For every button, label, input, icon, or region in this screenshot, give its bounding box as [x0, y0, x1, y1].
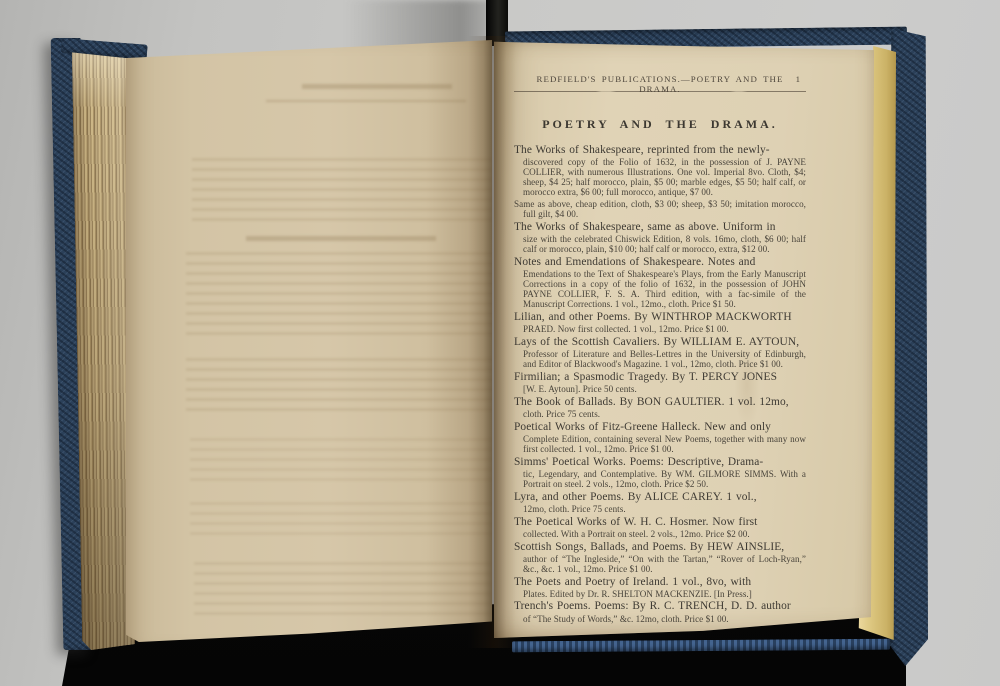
catalog-entry: Simms' Poetical Works. Poems: Descriptiv… [514, 456, 806, 489]
showthrough-paragraph [186, 252, 498, 338]
entry-title-line: Notes and Emendations of Shakespeare. No… [514, 256, 806, 269]
entry-title-line: The Poets and Poetry of Ireland. 1 vol.,… [514, 576, 806, 589]
entry-detail-text: tic, Legendary, and Contemplative. By WM… [514, 469, 806, 489]
entry-detail-text: collected. With a Portrait on steel. 2 v… [514, 529, 806, 539]
entry-title-line: The Poetical Works of W. H. C. Hosmer. N… [514, 516, 806, 529]
catalog-entry: Notes and Emendations of Shakespeare. No… [514, 256, 806, 310]
entry-title-line: Lilian, and other Poems. By WINTHROP MAC… [514, 311, 806, 324]
showthrough-paragraph [192, 158, 492, 222]
catalog-entry: Same as above, cheap edition, cloth, $3 … [514, 199, 806, 219]
catalog-entry: Trench's Poems. Poems: By R. C. TRENCH, … [514, 600, 806, 623]
book-photo-scene: REDFIELD'S PUBLICATIONS.—POETRY AND THE … [0, 0, 1000, 686]
showthrough-paragraph [190, 438, 494, 482]
header-rule [514, 91, 806, 92]
catalog-entry: The Poetical Works of W. H. C. Hosmer. N… [514, 516, 806, 539]
entry-title-line: The Works of Shakespeare, same as above.… [514, 221, 806, 234]
entry-detail-text: Plates. Edited by Dr. R. SHELTON MACKENZ… [514, 589, 806, 599]
catalog-entry: The Book of Ballads. By BON GAULTIER. 1 … [514, 396, 806, 419]
entry-detail-text: [W. E. Aytoun]. Price 50 cents. [514, 384, 806, 394]
entry-detail-text: Emendations to the Text of Shakespeare's… [514, 269, 806, 309]
entry-title-line: The Book of Ballads. By BON GAULTIER. 1 … [514, 396, 806, 409]
entry-detail-text: Complete Edition, containing several New… [514, 434, 806, 454]
showthrough-paragraph [190, 502, 494, 542]
showthrough-rule [266, 100, 466, 102]
catalog-entry: Lyra, and other Poems. By ALICE CAREY. 1… [514, 491, 806, 514]
catalog-entry: Poetical Works of Fitz-Greene Halleck. N… [514, 421, 806, 454]
page-number: 1 [796, 74, 800, 84]
showthrough-paragraph [194, 562, 490, 622]
entry-detail-text: size with the celebrated Chiswick Editio… [514, 234, 806, 254]
section-title: POETRY AND THE DRAMA. [514, 117, 806, 132]
showthrough-title [246, 236, 436, 241]
entry-title-line: Trench's Poems. Poems: By R. C. TRENCH, … [514, 600, 806, 613]
text-column: REDFIELD'S PUBLICATIONS.—POETRY AND THE … [514, 74, 806, 646]
right-page-printed: REDFIELD'S PUBLICATIONS.—POETRY AND THE … [494, 40, 874, 638]
left-page-blank [126, 40, 492, 642]
entry-detail-text: of “The Study of Words,” &c. 12mo, cloth… [514, 614, 806, 624]
catalog-entry: Scottish Songs, Ballads, and Poems. By H… [514, 541, 806, 574]
catalog-entry: The Works of Shakespeare, same as above.… [514, 221, 806, 254]
running-head: REDFIELD'S PUBLICATIONS.—POETRY AND THE … [514, 74, 806, 86]
entry-detail-text: 12mo, cloth. Price 75 cents. [514, 504, 806, 514]
entry-detail-text: PRAED. Now first collected. 1 vol., 12mo… [514, 324, 806, 334]
catalog-entry: Firmilian; a Spasmodic Tragedy. By T. PE… [514, 371, 806, 394]
catalog-entry: The Poets and Poetry of Ireland. 1 vol.,… [514, 576, 806, 599]
catalog-entry: The Works of Shakespeare, reprinted from… [514, 144, 806, 198]
catalog-entry: Lays of the Scottish Cavaliers. By WILLI… [514, 336, 806, 369]
entry-detail-text: discovered copy of the Folio of 1632, in… [514, 157, 806, 197]
entry-detail-text: Professor of Literature and Belles-Lettr… [514, 349, 806, 369]
entry-title-line: Firmilian; a Spasmodic Tragedy. By T. PE… [514, 371, 806, 384]
entry-title-line: Lyra, and other Poems. By ALICE CAREY. 1… [514, 491, 806, 504]
entry-title-line: Poetical Works of Fitz-Greene Halleck. N… [514, 421, 806, 434]
entry-title-line: Lays of the Scottish Cavaliers. By WILLI… [514, 336, 806, 349]
entry-title-line: Scottish Songs, Ballads, and Poems. By H… [514, 541, 806, 554]
showthrough-header [302, 84, 452, 89]
catalog-entry: Lilian, and other Poems. By WINTHROP MAC… [514, 311, 806, 334]
entry-detail-text: Same as above, cheap edition, cloth, $3 … [514, 199, 806, 219]
entry-title-line: Simms' Poetical Works. Poems: Descriptiv… [514, 456, 806, 469]
entry-title-line: The Works of Shakespeare, reprinted from… [514, 144, 806, 157]
entry-detail-text: author of “The Ingleside,” “On with the … [514, 554, 806, 574]
showthrough-paragraph [186, 358, 498, 416]
catalog-entries: The Works of Shakespeare, reprinted from… [514, 144, 806, 624]
entry-detail-text: cloth. Price 75 cents. [514, 409, 806, 419]
